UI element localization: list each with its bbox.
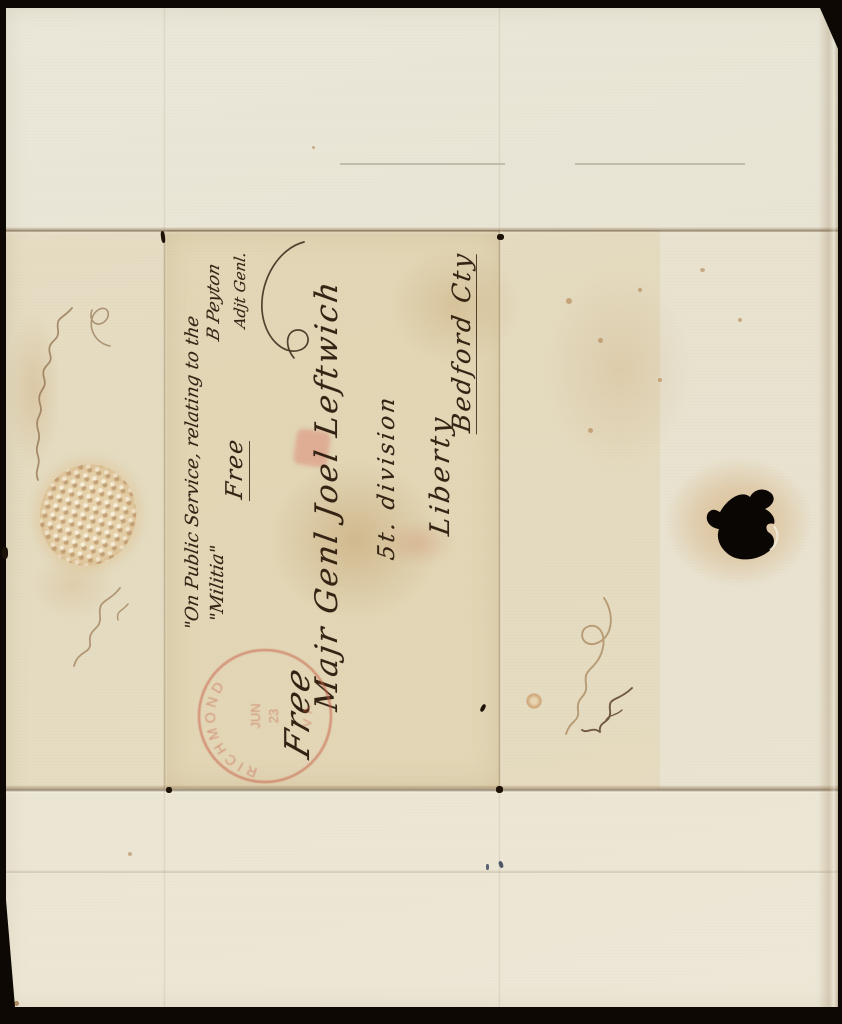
address-county: Bedford Cty	[449, 250, 477, 435]
postmark-day: 23	[266, 709, 281, 723]
fox-speck	[588, 428, 593, 433]
torn-seal-hole	[692, 482, 804, 578]
ink-mark	[2, 547, 8, 559]
bottom-fold-flap	[6, 788, 838, 1007]
fold-crease-vertical-left	[163, 230, 167, 788]
faded-docket-script	[32, 298, 82, 488]
address-town: Liberty	[427, 413, 454, 537]
scratch-line	[340, 163, 505, 165]
fox-speck	[312, 146, 315, 149]
crease-extension	[498, 8, 502, 230]
fox-speck	[658, 378, 662, 382]
fold-crease-horizontal-bottom	[6, 785, 838, 794]
fox-speck	[598, 338, 603, 343]
crease-extension	[498, 788, 502, 1007]
address-division: 5t. division	[376, 393, 399, 561]
fox-speck	[128, 852, 132, 856]
fox-speck	[738, 318, 742, 322]
ink-mark	[496, 786, 503, 793]
endorsement-line-2: "Militia"	[209, 544, 227, 623]
signature-flourish	[240, 238, 318, 366]
crease-extension	[163, 8, 167, 230]
scratch-line	[575, 163, 745, 165]
fox-speck	[638, 288, 642, 292]
ink-mark-blue	[486, 864, 489, 870]
svg-text:VA: VA	[298, 698, 315, 728]
faded-scribble	[58, 578, 136, 676]
fox-speck	[566, 298, 572, 304]
postmark-stamp: RICHMOND VA JUN 23	[190, 641, 340, 791]
postmark-state: VA	[298, 698, 315, 728]
fold-crease-vertical-right	[498, 230, 502, 788]
endorsement-line-1: "On Public Service, relating to the	[184, 315, 202, 631]
fox-speck	[700, 268, 705, 272]
top-fold-flap	[6, 8, 838, 230]
faded-flourish-mark	[78, 300, 116, 352]
frank-word-free: Free	[224, 437, 250, 501]
ink-mark	[497, 234, 504, 240]
fold-crease-horizontal-top	[6, 227, 838, 234]
fold-crease-faint	[6, 870, 838, 874]
scanned-letter-cover: "On Public Service, relating to the "Mil…	[0, 0, 842, 1024]
signature-name: B Peyton	[206, 262, 223, 343]
ink-mark	[166, 787, 172, 793]
crease-extension	[163, 788, 167, 1007]
right-fold-edge	[818, 8, 838, 1007]
postmark-month: JUN	[248, 703, 263, 728]
dark-docket-scribble	[576, 680, 640, 742]
